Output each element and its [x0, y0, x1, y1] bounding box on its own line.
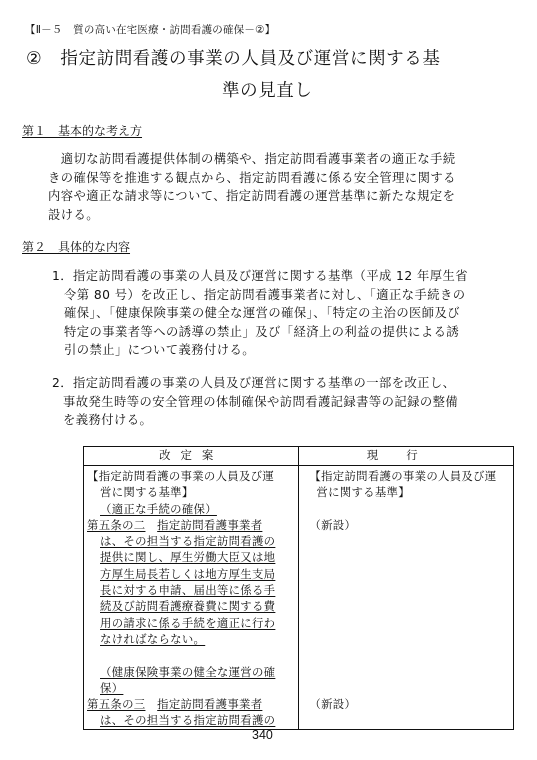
item-line: 1．指定訪問看護の事業の人員及び運営に関する基準（平成 12 年厚生省: [52, 267, 468, 286]
article-text: 方厚生局長若しくは地方厚生支局: [100, 567, 275, 581]
current-cell: 【指定訪問看護の事業の人員及び運 営に関する基準】 （新設） （新設）: [299, 466, 514, 730]
item-line: 2．指定訪問看護の事業の人員及び運営に関する基準の一部を改正し、: [52, 374, 458, 393]
paragraph-line: 適切な訪問看護提供体制の構築や、指定訪問看護事業者の適正な手続: [48, 150, 456, 169]
law-title-line: 営に関する基準】: [87, 484, 298, 500]
paragraph-line: きの確保等を推進する観点から、指定訪問看護に係る安全管理に関する: [48, 169, 456, 188]
subheading-health-insurance: 保）: [100, 681, 123, 695]
law-title-line: 【指定訪問看護の事業の人員及び運: [309, 468, 513, 484]
comparison-table: 改定案 現行 【指定訪問看護の事業の人員及び運 営に関する基準】 （適正な手続の…: [83, 446, 514, 730]
article-text: 長に対する申請、届出等に係る手: [100, 583, 275, 597]
page-number: 340: [252, 728, 273, 742]
article-text: 指定訪問看護事業者: [157, 518, 262, 532]
item-line: 確保」、「健康保険事業の健全な運営の確保」、「特定の主治の医師及び: [52, 304, 468, 323]
item-line: 事故発生時等の安全管理の体制確保や訪問看護記録書等の記録の整備: [52, 393, 458, 412]
article-label: 第五条の三: [87, 697, 145, 711]
content-item-1: 1．指定訪問看護の事業の人員及び運営に関する基準（平成 12 年厚生省 令第 8…: [52, 267, 468, 360]
newly-established-note: （新設）: [309, 696, 513, 712]
article-text: 指定訪問看護事業者: [157, 697, 262, 711]
article-label: 第五条の二: [87, 518, 145, 532]
table-row: 【指定訪問看護の事業の人員及び運 営に関する基準】 （適正な手続の確保） 第五条…: [84, 466, 514, 730]
subheading-proper-procedure: （適正な手続の確保）: [100, 502, 217, 516]
page-title-line2: 準の見直し: [222, 77, 313, 102]
paragraph-line: 内容や適正な請求等について、指定訪問看護の運営基準に新たな規定を: [48, 187, 456, 206]
item-line: 特定の事業者等への誘導の禁止」及び「経済上の利益の提供による誘: [52, 323, 468, 342]
item-line: を義務付ける。: [52, 411, 458, 430]
header-current: 現行: [299, 447, 514, 466]
section2-heading: 第２ 具体的な内容: [22, 238, 130, 255]
article-text: は、その担当する指定訪問看護の: [100, 534, 275, 548]
page-title-line1: ② 指定訪問看護の事業の人員及び運営に関する基: [26, 45, 441, 70]
law-title-line: 【指定訪問看護の事業の人員及び運: [87, 468, 298, 484]
article-text: 用の請求に係る手続を適正に行わ: [100, 616, 275, 630]
newly-established-note: （新設）: [309, 517, 513, 533]
revised-cell: 【指定訪問看護の事業の人員及び運 営に関する基準】 （適正な手続の確保） 第五条…: [84, 466, 299, 730]
article-text: 続及び訪問看護療養費に関する費: [100, 599, 275, 613]
table-header-row: 改定案 現行: [84, 447, 514, 466]
header-revised: 改定案: [84, 447, 299, 466]
law-title-line: 営に関する基準】: [309, 484, 513, 500]
header-current-label: 現行: [367, 448, 446, 462]
section1-paragraph: 適切な訪問看護提供体制の構築や、指定訪問看護事業者の適正な手続 きの確保等を推進…: [48, 150, 456, 224]
item-line: 令第 80 号）を改正し、指定訪問看護事業者に対し、「適正な手続きの: [52, 286, 468, 305]
section-breadcrumb: 【Ⅱ－５ 質の高い在宅医療・訪問看護の確保－②】: [25, 22, 275, 37]
article-text: は、その担当する指定訪問看護の: [100, 713, 275, 727]
item-line: 引の禁止」について義務付ける。: [52, 341, 468, 360]
content-item-2: 2．指定訪問看護の事業の人員及び運営に関する基準の一部を改正し、 事故発生時等の…: [52, 374, 458, 430]
section1-heading: 第１ 基本的な考え方: [22, 122, 142, 139]
subheading-health-insurance: （健康保険事業の健全な運営の確: [100, 665, 275, 679]
paragraph-line: 設ける。: [48, 206, 456, 225]
header-revised-label: 改定案: [159, 448, 223, 462]
article-text: なければならない。: [100, 632, 205, 646]
article-text: 提供に関し、厚生労働大臣又は地: [100, 550, 275, 564]
